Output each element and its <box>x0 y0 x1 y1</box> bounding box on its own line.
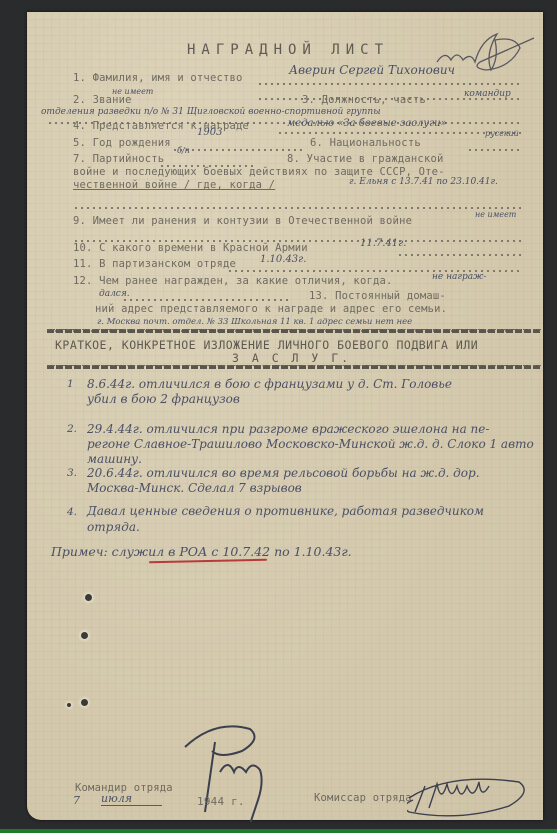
field-8-label-a: 8. Участие в гражданской <box>287 153 444 165</box>
dotted-leader <box>397 254 522 256</box>
dotted-leader <box>122 299 292 301</box>
entry-number: 3. <box>67 467 77 479</box>
field-5-label: 5. Год рождения <box>73 137 171 149</box>
field-9-label: 9. Имеет ли ранения и контузии в Отечест… <box>73 215 412 227</box>
field-11-value: 1.10.43г. <box>260 254 306 265</box>
bottom-border-strip <box>0 829 557 833</box>
field-8-label-c: чественной войне / где, когда / <box>73 179 275 191</box>
document-title: НАГРАДНОЙ ЛИСТ <box>187 42 389 58</box>
field-10-label: 10. С какого времени в Красной Армии <box>73 242 308 254</box>
entry-line: машину. <box>87 452 142 466</box>
field-7-value: б/п <box>177 146 190 155</box>
entry-line: 8.6.44г. отличился в бою с французами у … <box>87 377 452 391</box>
punch-hole <box>67 703 71 707</box>
signature-date-year: 1944 г. <box>197 795 245 808</box>
entry-number: 1 <box>67 378 74 390</box>
field-5-value: 1903 <box>197 127 222 138</box>
field-10-value: 11.7.41г. <box>360 238 406 249</box>
signature-date-month: июля <box>101 792 162 806</box>
commissar-signature <box>407 772 532 822</box>
field-13-value: г. Москва почт. отдел. № 33 Школьная 11 … <box>97 317 412 327</box>
field-8-value: г. Ельня с 13.7.41 по 23.10.41г. <box>349 177 498 187</box>
entry-line: регоне Славное-Трашилово Московско-Минск… <box>87 437 534 451</box>
commissar-label: Комиссар отряда <box>314 792 412 804</box>
field-3-value-b: отделения разведки п/о № 31 Щигловской в… <box>41 107 381 117</box>
entry-number: 2. <box>67 423 77 435</box>
entry-line: Давал ценные сведения о противнике, рабо… <box>87 504 484 518</box>
field-1-value: Аверин Сергей Тихонович <box>289 63 455 77</box>
punch-hole <box>85 594 92 601</box>
award-sheet-page: НАГРАДНОЙ ЛИСТ 1. Фамилия, имя и отчеств… <box>27 12 543 820</box>
field-4-value: медалью «За боевые заслуги» <box>287 118 447 129</box>
field-3-value-a: командир <box>464 89 511 99</box>
field-2-value: не имеет <box>112 87 153 96</box>
note-text: Примеч: служил в РОА с 10.7.42 по 1.10.4… <box>51 544 352 559</box>
entry-line: 20.6.44г. отличился во время рельсовой б… <box>87 466 480 480</box>
dotted-leader <box>257 83 522 85</box>
field-6-value: русский <box>485 129 519 138</box>
field-11-label: 11. В партизанском отряде <box>73 258 236 270</box>
section-divider-bottom <box>47 365 541 369</box>
field-12-value-b: дался. <box>99 289 130 299</box>
entry-line: отряда. <box>87 520 140 534</box>
field-7-label: 7. Партийность <box>73 153 164 165</box>
red-pencil-underline <box>149 559 267 563</box>
entry-line: 29.4.44г. отличился при разгроме вражеск… <box>87 422 489 436</box>
entry-line: убил в бою 2 французов <box>87 392 240 406</box>
entry-number: 4. <box>67 506 77 518</box>
field-1-label: 1. Фамилия, имя и отчество <box>73 72 243 84</box>
field-13-label-b: ний адрес представляемого к награде и ад… <box>95 303 447 315</box>
entry-line: Москва-Минск. Сделал 7 взрывов <box>87 481 302 495</box>
corner-signature-mark <box>432 32 542 87</box>
field-13-label-a: 13. Постоянный домаш- <box>309 290 446 302</box>
dotted-leader <box>172 149 302 151</box>
field-9-value: не имеет <box>475 210 516 219</box>
dotted-leader <box>73 207 523 209</box>
dotted-leader <box>467 149 522 151</box>
summary-heading: КРАТКОЕ, КОНКРЕТНОЕ ИЗЛОЖЕНИЕ ЛИЧНОГО БО… <box>55 338 478 352</box>
field-12-label: 12. Чем ранее награжден, за какие отличи… <box>73 275 393 287</box>
section-divider-top <box>47 329 541 333</box>
field-4-label: 4. Представляется к награде <box>73 120 249 132</box>
punch-hole <box>81 699 88 706</box>
field-6-label: 6. Национальность <box>310 137 421 149</box>
signature-date-day: 7 <box>73 794 80 807</box>
punch-hole <box>81 632 88 639</box>
summary-heading-subtitle: З А С Л У Г. <box>232 351 351 365</box>
field-3-label: 3. Должность, часть <box>302 94 426 106</box>
field-12-value-a: не награж- <box>432 272 486 282</box>
